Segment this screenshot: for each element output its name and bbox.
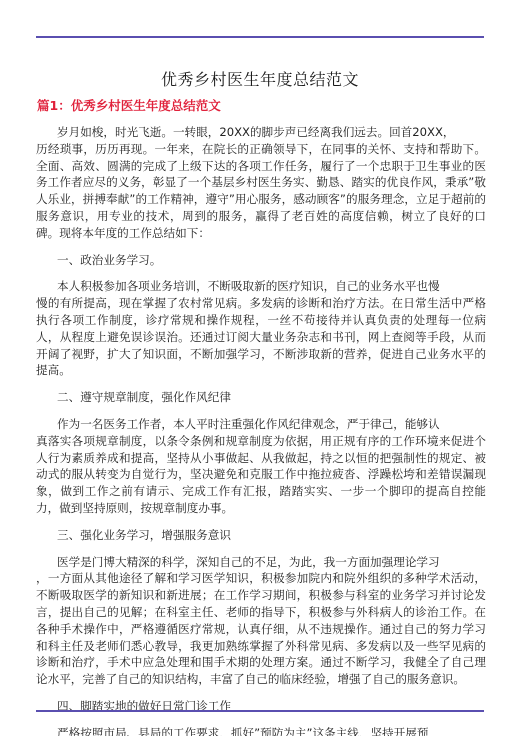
paragraph-body: ，一方面从其他途径了解和学习医学知识，积极参加院内和院外组织的多种学术活动，不断… [36, 570, 486, 688]
paragraph-first-line: 医学是门博大精深的科学，深知自己的不足，为此，我一方面加强理论学习 [36, 554, 486, 571]
paragraph-service-awareness: 医学是门博大精深的科学，深知自己的不足，为此，我一方面加强理论学习 ，一方面从其… [36, 554, 486, 688]
paragraph-first-line: 作为一名医务工作者，本人平时注重强化作风纪律观念，严于律己，能够认 [36, 416, 486, 433]
paragraph-first-line: 本人积极参加各项业务培训，不断吸取新的医疗知识，自己的业务水平也慢 [36, 278, 486, 295]
document-body: 岁月如梭，时光飞逝。一转眼，20XX的脚步声已经离我们远去。回首20XX， 历经… [36, 124, 486, 736]
heading-rules-discipline: 二、遵守规章制度，强化作风纪律 [57, 389, 486, 406]
footer-rule [36, 710, 484, 712]
paragraph-first-line: 岁月如梭，时光飞逝。一转眼，20XX的脚步声已经离我们远去。回首20XX， [36, 124, 486, 141]
paragraph-body: 真落实各项规章制度，以条令条例和规章制度为依据，用正规有序的工作环境来促进个人行… [36, 433, 486, 517]
paragraph-body: 慢的有所提高，现在掌握了农村常见病。多发病的诊断和治疗方法。在日常生活中严格执行… [36, 295, 486, 379]
heading-outpatient-work: 四、脚踏实地的做好日常门诊工作 [57, 698, 486, 715]
paragraph-outpatient-work: 严格按照市局、县局的工作要求，抓好”预防为主”这条主线，坚持开展预 [36, 725, 486, 736]
paragraph-body: 历经琐事，历历再现。一年来，在院长的正确领导下，在同事的关怀、支持和帮助下。全面… [36, 141, 486, 242]
paragraph-politics-study: 本人积极参加各项业务培训，不断吸取新的医疗知识，自己的业务水平也慢 慢的有所提高… [36, 278, 486, 379]
paragraph-intro: 岁月如梭，时光飞逝。一转眼，20XX的脚步声已经离我们远去。回首20XX， 历经… [36, 124, 486, 242]
document-title: 优秀乡村医生年度总结范文 [0, 67, 520, 90]
section-subtitle: 篇1：优秀乡村医生年度总结范文 [37, 96, 221, 114]
paragraph-first-line: 严格按照市局、县局的工作要求，抓好”预防为主”这条主线，坚持开展预 [36, 725, 486, 736]
heading-politics-study: 一、政治业务学习。 [57, 252, 486, 269]
header-rule [36, 36, 484, 38]
paragraph-rules-discipline: 作为一名医务工作者，本人平时注重强化作风纪律观念，严于律己，能够认 真落实各项规… [36, 416, 486, 517]
heading-service-awareness: 三、强化业务学习，增强服务意识 [57, 527, 486, 544]
